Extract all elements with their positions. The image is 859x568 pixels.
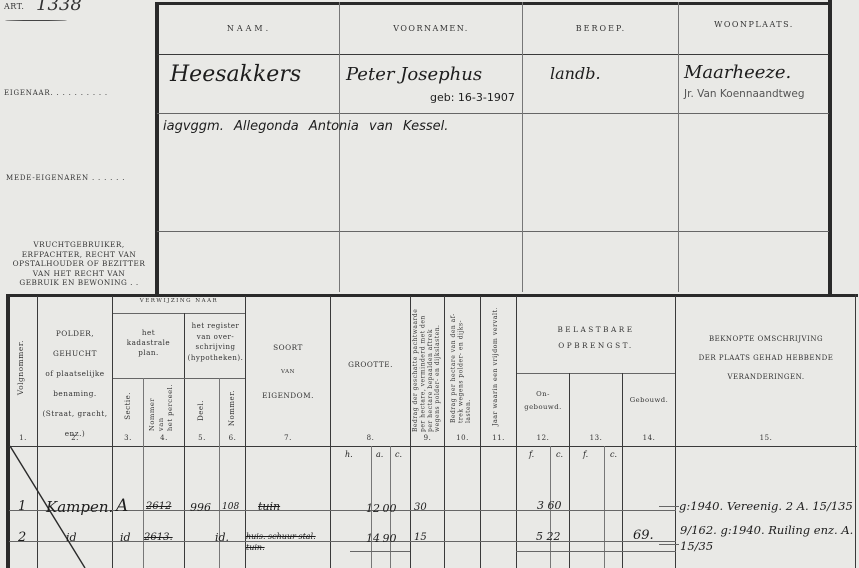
col-number: 13. bbox=[570, 434, 622, 442]
hdr-pachtwaarde: Bedrag der geschatte pachtwaarde per hec… bbox=[412, 298, 442, 432]
hdr-register: het register van over- schrijving (hypot… bbox=[185, 321, 246, 363]
hdr-line: van over- bbox=[185, 332, 246, 343]
hdr-belastbare: BELASTBARE OPBRENGST. bbox=[517, 322, 675, 354]
owner-geboren: geb: 16-3-1907 bbox=[430, 91, 515, 104]
hdr-line: schrijving bbox=[185, 342, 246, 353]
label-line: VRUCHTGEBRUIKER, bbox=[4, 240, 154, 250]
hdr-line: EIGENDOM. bbox=[246, 384, 330, 408]
hdr-line: per hectare bepaalden aftrek bbox=[427, 329, 434, 432]
unit-f: f. bbox=[583, 450, 588, 459]
owner-adres: Jr. Van Koennaandtweg bbox=[684, 88, 805, 100]
hdr-line: (Straat, gracht, bbox=[38, 404, 112, 424]
owner-voornamen: Peter Josephus bbox=[346, 64, 482, 85]
hdr-line: Nommer bbox=[148, 398, 156, 431]
col-voornamen-header: VOORNAMEN. bbox=[341, 24, 521, 33]
cell-ongebouwd: 5 22 bbox=[536, 530, 561, 543]
cell-pachtwaarde: 30 bbox=[414, 502, 427, 513]
col-beroep-header: BEROEP. bbox=[524, 24, 678, 33]
column-numbers: 1. 2. 3. 4. 5. 6. 7. 8. 9. 10. 11. 12. 1… bbox=[0, 434, 859, 446]
label-vruchtgebruiker: VRUCHTGEBRUIKER, ERFPACHTER, RECHT VAN O… bbox=[4, 240, 154, 288]
col-number: 9. bbox=[411, 434, 444, 442]
label-line: ERFPACHTER, RECHT VAN bbox=[4, 250, 154, 260]
hdr-line: DER PLAATS GEHAD HEBBENDE bbox=[676, 349, 856, 368]
cell-gebouwd: 69. bbox=[633, 528, 654, 543]
hdr-veranderingen: BEKNOPTE OMSCHRIJVING DER PLAATS GEHAD H… bbox=[676, 330, 856, 387]
hdr-aftrek: Bedrag per hectare van den af- trek wege… bbox=[450, 298, 472, 423]
hdr-line: POLDER, bbox=[38, 324, 112, 344]
col-number: 8. bbox=[331, 434, 410, 442]
cell-perceel: 2612 bbox=[146, 501, 171, 512]
col-number: 7. bbox=[246, 434, 330, 442]
cell-volgnummer: 2 bbox=[18, 530, 26, 545]
hdr-gebouwd: Gebouwd. bbox=[623, 396, 675, 404]
col-number: 6. bbox=[220, 434, 245, 442]
hdr-line: het bbox=[113, 328, 184, 338]
unit-h: h. bbox=[345, 450, 353, 459]
cell-polder: Kampen. bbox=[46, 498, 113, 516]
hdr-line: wegens polder- en dijkslasten. bbox=[434, 325, 441, 432]
hdr-line: benaming. bbox=[38, 384, 112, 404]
cell-veranderingen: g:1940. Vereenig. 2 A. 15/135 bbox=[679, 499, 853, 513]
col-number: 14. bbox=[623, 434, 675, 442]
owner-woonplaats: Maarheeze. bbox=[684, 62, 791, 83]
hdr-perceel-nommer: Nommer van het perceel. bbox=[148, 384, 175, 431]
col-number: 11. bbox=[481, 434, 516, 442]
hdr-line: Bedrag per hectare van den af- bbox=[450, 313, 457, 423]
unit-c: c. bbox=[395, 450, 402, 459]
unit-a: a. bbox=[376, 450, 383, 459]
col-number: 10. bbox=[445, 434, 480, 442]
hdr-line: het perceel. bbox=[166, 384, 174, 431]
hdr-line: plan. bbox=[113, 348, 184, 358]
hdr-ongebouwd: On- gebouwd. bbox=[517, 388, 569, 414]
owner-naam: Heesakkers bbox=[170, 62, 301, 87]
hdr-line: VERANDERINGEN. bbox=[676, 368, 856, 387]
hdr-line: trek wegens polder- en dijks- bbox=[457, 320, 464, 423]
unit-c: c. bbox=[556, 450, 563, 459]
hdr-line: kadastrale bbox=[113, 338, 184, 348]
hdr-line: het register bbox=[185, 321, 246, 332]
hdr-line: BELASTBARE bbox=[517, 322, 675, 338]
col-number: 15. bbox=[676, 434, 856, 442]
cell-ongebouwd: 3 60 bbox=[537, 499, 562, 512]
cell-sectie: id bbox=[120, 531, 131, 544]
col-number: 4. bbox=[144, 434, 184, 442]
hdr-line: SOORT bbox=[246, 336, 330, 360]
unit-f: f. bbox=[529, 450, 534, 459]
hdr-polder: POLDER, GEHUCHT of plaatselijke benaming… bbox=[38, 324, 112, 444]
hdr-line: lasten. bbox=[465, 399, 472, 423]
hdr-line: VAN bbox=[246, 360, 330, 384]
col-woonplaats-header: WOONPLAATS. bbox=[680, 20, 828, 29]
co-owner: iagvggm. Allegonda Antonia van Kessel. bbox=[163, 119, 448, 134]
hdr-kadastrale: het kadastrale plan. bbox=[113, 328, 184, 358]
hdr-line: GEHUCHT bbox=[38, 344, 112, 364]
art-number: 1338 bbox=[36, 0, 82, 15]
col-number: 5. bbox=[185, 434, 219, 442]
cell-sectie: A bbox=[116, 496, 128, 516]
cell-soort: tuin bbox=[258, 500, 280, 513]
cell-polder: id bbox=[66, 531, 77, 544]
col-naam-header: NAAM. bbox=[159, 24, 339, 33]
hdr-line: per hectare, verminderd met den bbox=[419, 315, 426, 432]
cell-perceel: 2613. bbox=[144, 532, 173, 543]
hdr-verwijzing: VERWIJZING NAAR bbox=[113, 298, 245, 304]
cell-grootte: 14 90 bbox=[366, 532, 397, 545]
cell-veranderingen: 9/162. g:1940. Ruiling enz. A. 15/35 bbox=[680, 522, 856, 554]
cell-nommer: id. bbox=[215, 531, 229, 544]
label-eigenaar: EIGENAAR. . . . . . . . . . bbox=[4, 89, 108, 97]
cell-volgnummer: 1 bbox=[18, 499, 26, 514]
hdr-grootte: GROOTTE. bbox=[331, 360, 410, 369]
label-line: GEBRUIK EN BEWONING . . bbox=[4, 278, 154, 288]
owner-beroep: landb. bbox=[550, 64, 601, 83]
hdr-vrijdom: Jaar waarin een vrijdom vervalt. bbox=[492, 298, 499, 426]
cell-soort: huis. schuur stal. tuin. bbox=[246, 531, 330, 553]
cell-deel: 996 bbox=[190, 501, 211, 514]
hdr-deel: Deel. bbox=[197, 400, 205, 421]
hdr-line: of plaatselijke bbox=[38, 364, 112, 384]
hdr-line: On- bbox=[517, 388, 569, 401]
cell-pachtwaarde: 15 bbox=[414, 532, 427, 543]
hdr-line: gebouwd. bbox=[517, 401, 569, 414]
unit-c: c. bbox=[610, 450, 617, 459]
label-line: OPSTALHOUDER OF BEZITTER bbox=[4, 259, 154, 269]
hdr-line: (hypotheken). bbox=[185, 353, 246, 364]
col-number: 12. bbox=[517, 434, 569, 442]
hdr-volgnommer: Volgnommer. bbox=[16, 340, 25, 395]
hdr-line: van bbox=[157, 417, 165, 431]
hdr-sectie: Sectie. bbox=[124, 392, 132, 420]
art-underline bbox=[5, 20, 67, 21]
hdr-line: BEKNOPTE OMSCHRIJVING bbox=[676, 330, 856, 349]
art-label: ART. bbox=[4, 2, 24, 11]
hdr-line: Bedrag der geschatte pachtwaarde bbox=[412, 309, 419, 432]
hdr-line: OPBRENGST. bbox=[517, 338, 675, 354]
cell-nommer: 108 bbox=[222, 502, 239, 512]
hdr-nommer: Nommer. bbox=[228, 390, 236, 426]
label-mede-eigenaren: MEDE-EIGENAREN . . . . . . bbox=[6, 174, 125, 182]
label-line: VAN HET RECHT VAN bbox=[4, 269, 154, 279]
cell-grootte: 12 00 bbox=[366, 502, 397, 515]
hdr-soort: SOORT VAN EIGENDOM. bbox=[246, 336, 330, 408]
